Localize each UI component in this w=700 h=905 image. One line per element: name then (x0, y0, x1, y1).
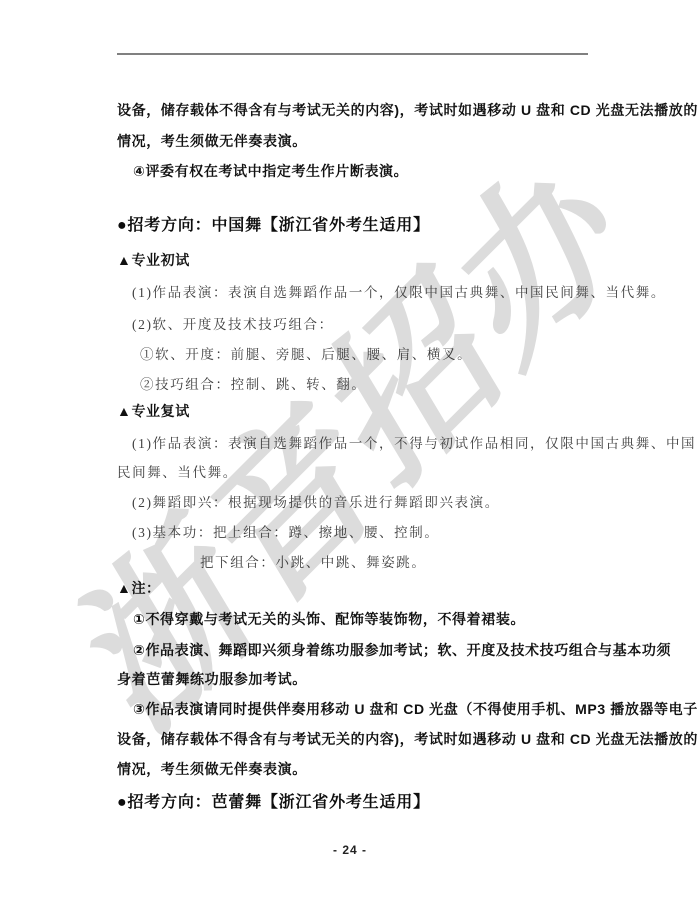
paragraph-line: ②作品表演、舞蹈即兴须身着练功服参加考试；软、开度及技术技巧组合与基本功须 (133, 640, 671, 660)
paragraph-line: 民间舞、当代舞。 (117, 461, 238, 481)
paragraph-line: (2)舞蹈即兴：根据现场提供的音乐进行舞蹈即兴表演。 (132, 491, 500, 511)
page-number: - 24 - (0, 843, 700, 857)
section-heading-chinese-dance: ●招考方向：中国舞【浙江省外考生适用】 (117, 212, 430, 235)
paragraph-line: (1)作品表演：表演自选舞蹈作品一个，仅限中国古典舞、中国民间舞、当代舞。 (132, 281, 666, 301)
paragraph-line: (2)软、开度及技术技巧组合： (132, 313, 334, 333)
paragraph-line: ②技巧组合：控制、跳、转、翻。 (140, 373, 367, 393)
section-heading-ballet-dance: ●招考方向：芭蕾舞【浙江省外考生适用】 (117, 789, 430, 812)
subsection-heading-final-exam: ▲专业复试 (117, 401, 190, 421)
header-rule (117, 53, 588, 55)
subsection-heading-preliminary-exam: ▲专业初试 (117, 250, 190, 270)
paragraph-line: (3)基本功：把上组合：蹲、擦地、腰、控制。 (132, 521, 439, 541)
paragraph-line: 把下组合：小跳、中跳、舞姿跳。 (200, 551, 427, 571)
paragraph-line: (1)作品表演：表演自选舞蹈作品一个，不得与初试作品相同，仅限中国古典舞、中国 (132, 432, 696, 452)
subsection-heading-notes: ▲注： (117, 578, 161, 598)
paragraph-line: ④评委有权在考试中指定考生作片断表演。 (133, 161, 408, 181)
paragraph-line: ③作品表演请同时提供伴奏用移动 U 盘和 CD 光盘（不得使用手机、MP3 播放… (133, 699, 698, 719)
paragraph-line: 设备，储存载体不得含有与考试无关的内容)，考试时如遇移动 U 盘和 CD 光盘无… (117, 729, 698, 749)
paragraph-line: 情况，考生须做无伴奏表演。 (117, 759, 307, 779)
document-page: 浙音招办 设备，储存载体不得含有与考试无关的内容)，考试时如遇移动 U 盘和 C… (0, 0, 700, 905)
paragraph-line: 设备，储存载体不得含有与考试无关的内容)，考试时如遇移动 U 盘和 CD 光盘无… (117, 100, 698, 120)
paragraph-line: ①软、开度：前腿、旁腿、后腿、腰、肩、横叉。 (140, 343, 472, 363)
paragraph-line: ①不得穿戴与考试无关的头饰、配饰等装饰物，不得着裙装。 (133, 609, 525, 629)
paragraph-line: 身着芭蕾舞练功服参加考试。 (117, 669, 307, 689)
paragraph-line: 情况，考生须做无伴奏表演。 (117, 131, 307, 151)
content-layer: 设备，储存载体不得含有与考试无关的内容)，考试时如遇移动 U 盘和 CD 光盘无… (0, 0, 700, 905)
